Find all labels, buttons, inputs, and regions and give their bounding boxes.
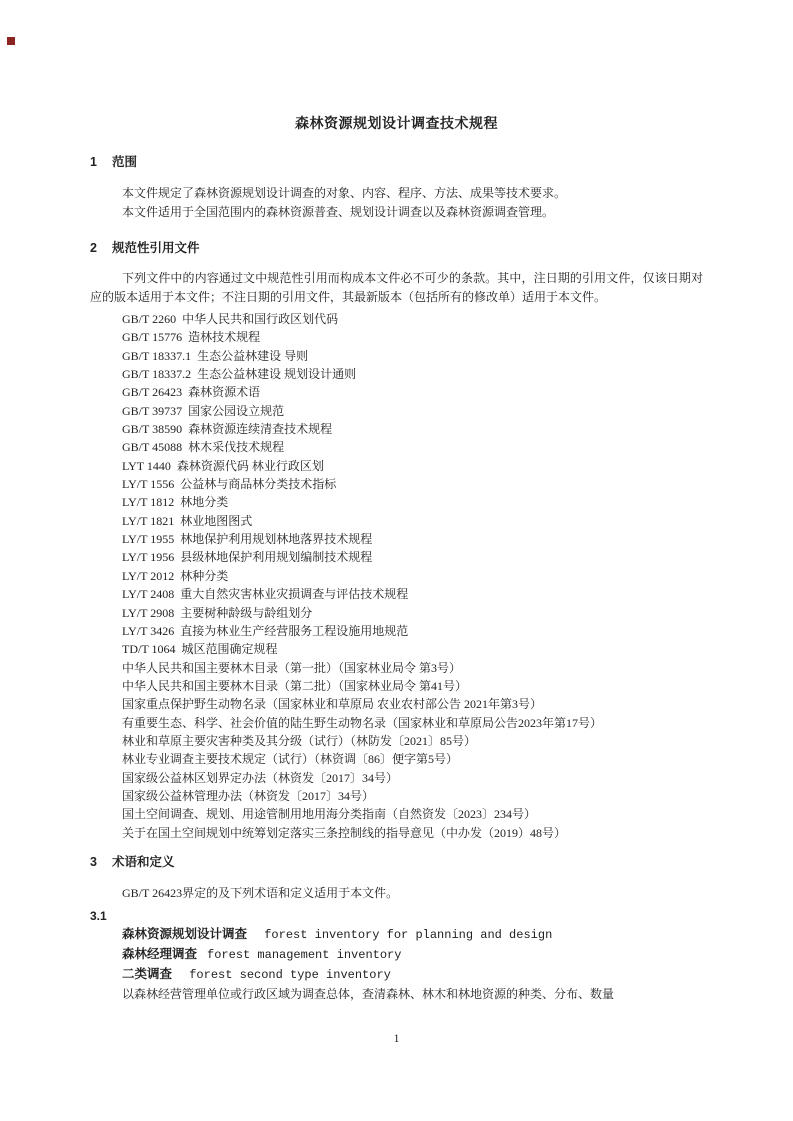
section-2-heading: 2规范性引用文件: [90, 239, 703, 257]
section-1-heading: 1范围: [90, 153, 703, 171]
reference-item: 国土空间调查、规划、用途管制用地用海分类指南（自然资发〔2023〕234号）: [122, 805, 703, 823]
term-zh: 二类调查: [122, 967, 172, 981]
reference-item: LY/T 1955 林地保护利用规划林地落界技术规程: [122, 530, 703, 548]
term-row: 二类调查 forest second type inventory: [122, 965, 703, 985]
section-3-heading-label: 术语和定义: [112, 855, 175, 869]
clause-3-1-number: 3.1: [90, 907, 703, 925]
section-1-paragraph-1: 本文件规定了森林资源规划设计调查的对象、内容、程序、方法、成果等技术要求。: [90, 184, 703, 203]
references-list: GB/T 2260 中华人民共和国行政区划代码GB/T 15776 造林技术规程…: [122, 310, 703, 842]
reference-item: GB/T 26423 森林资源术语: [122, 383, 703, 401]
terms-list: 森林资源规划设计调查 forest inventory for planning…: [122, 925, 703, 985]
reference-item: TD/T 1064 城区范围确定规程: [122, 640, 703, 658]
document-content: 森林资源规划设计调查技术规程 1范围 本文件规定了森林资源规划设计调查的对象、内…: [0, 0, 793, 1004]
section-1-paragraph-2: 本文件适用于全国范围内的森林资源普查、规划设计调查以及森林资源调查管理。: [90, 203, 703, 222]
red-stamp-mark: [7, 37, 15, 45]
reference-item: GB/T 2260 中华人民共和国行政区划代码: [122, 310, 703, 328]
term-en: forest second type inventory: [182, 968, 391, 982]
section-2-intro: 下列文件中的内容通过文中规范性引用而构成本文件必不可少的条款。其中，注日期的引用…: [90, 269, 703, 307]
reference-item: 中华人民共和国主要林木目录（第二批）（国家林业局令 第41号）: [122, 677, 703, 695]
section-1-heading-label: 范围: [112, 155, 137, 169]
term-definition: 以森林经营管理单位或行政区域为调查总体，查清森林、林木和林地资源的种类、分布、数…: [122, 985, 703, 1004]
reference-item: LY/T 2908 主要树种龄级与龄组划分: [122, 604, 703, 622]
term-row: 森林资源规划设计调查 forest inventory for planning…: [122, 925, 703, 945]
reference-item: LY/T 1956 县级林地保护利用规划编制技术规程: [122, 548, 703, 566]
section-2-heading-label: 规范性引用文件: [112, 241, 200, 255]
term-en: forest management inventory: [207, 948, 401, 962]
reference-item: LYT 1440 森林资源代码 林业行政区划: [122, 457, 703, 475]
reference-item: GB/T 18337.1 生态公益林建设 导则: [122, 347, 703, 365]
term-en: forest inventory for planning and design: [257, 928, 552, 942]
term-zh: 森林经理调查: [122, 947, 197, 961]
reference-item: LY/T 1821 林业地图图式: [122, 512, 703, 530]
section-3-heading: 3术语和定义: [90, 853, 703, 871]
reference-item: LY/T 1556 公益林与商品林分类技术指标: [122, 475, 703, 493]
reference-item: GB/T 15776 造林技术规程: [122, 328, 703, 346]
reference-item: GB/T 38590 森林资源连续清查技术规程: [122, 420, 703, 438]
reference-item: LY/T 2408 重大自然灾害林业灾损调查与评估技术规程: [122, 585, 703, 603]
reference-item: 国家级公益林区划界定办法（林资发〔2017〕34号）: [122, 769, 703, 787]
reference-item: GB/T 18337.2 生态公益林建设 规划设计通则: [122, 365, 703, 383]
page-number: 1: [0, 1031, 793, 1047]
document-title: 森林资源规划设计调查技术规程: [90, 114, 703, 132]
reference-item: 国家重点保护野生动物名录（国家林业和草原局 农业农村部公告 2021年第3号）: [122, 695, 703, 713]
section-3-intro: GB/T 26423界定的及下列术语和定义适用于本文件。: [90, 884, 703, 903]
document-page: 森林资源规划设计调查技术规程 1范围 本文件规定了森林资源规划设计调查的对象、内…: [0, 0, 793, 1121]
section-2-number: 2: [90, 239, 97, 257]
term-zh: 森林资源规划设计调查: [122, 927, 247, 941]
reference-item: 中华人民共和国主要林木目录（第一批）（国家林业局令 第3号）: [122, 659, 703, 677]
reference-item: GB/T 45088 林木采伐技术规程: [122, 438, 703, 456]
reference-item: LY/T 2012 林种分类: [122, 567, 703, 585]
reference-item: LY/T 3426 直接为林业生产经营服务工程设施用地规范: [122, 622, 703, 640]
section-3-number: 3: [90, 853, 97, 871]
reference-item: 林业和草原主要灾害种类及其分级（试行）（林防发〔2021〕85号）: [122, 732, 703, 750]
reference-item: LY/T 1812 林地分类: [122, 493, 703, 511]
section-1-number: 1: [90, 153, 97, 171]
reference-item: 关于在国土空间规划中统筹划定落实三条控制线的指导意见（中办发（2019）48号）: [122, 824, 703, 842]
term-row: 森林经理调查forest management inventory: [122, 945, 703, 965]
reference-item: GB/T 39737 国家公园设立规范: [122, 402, 703, 420]
reference-item: 林业专业调查主要技术规定（试行）（林资调〔86〕便字第5号）: [122, 750, 703, 768]
reference-item: 有重要生态、科学、社会价值的陆生野生动物名录（国家林业和草原局公告2023年第1…: [122, 714, 703, 732]
reference-item: 国家级公益林管理办法（林资发〔2017〕34号）: [122, 787, 703, 805]
